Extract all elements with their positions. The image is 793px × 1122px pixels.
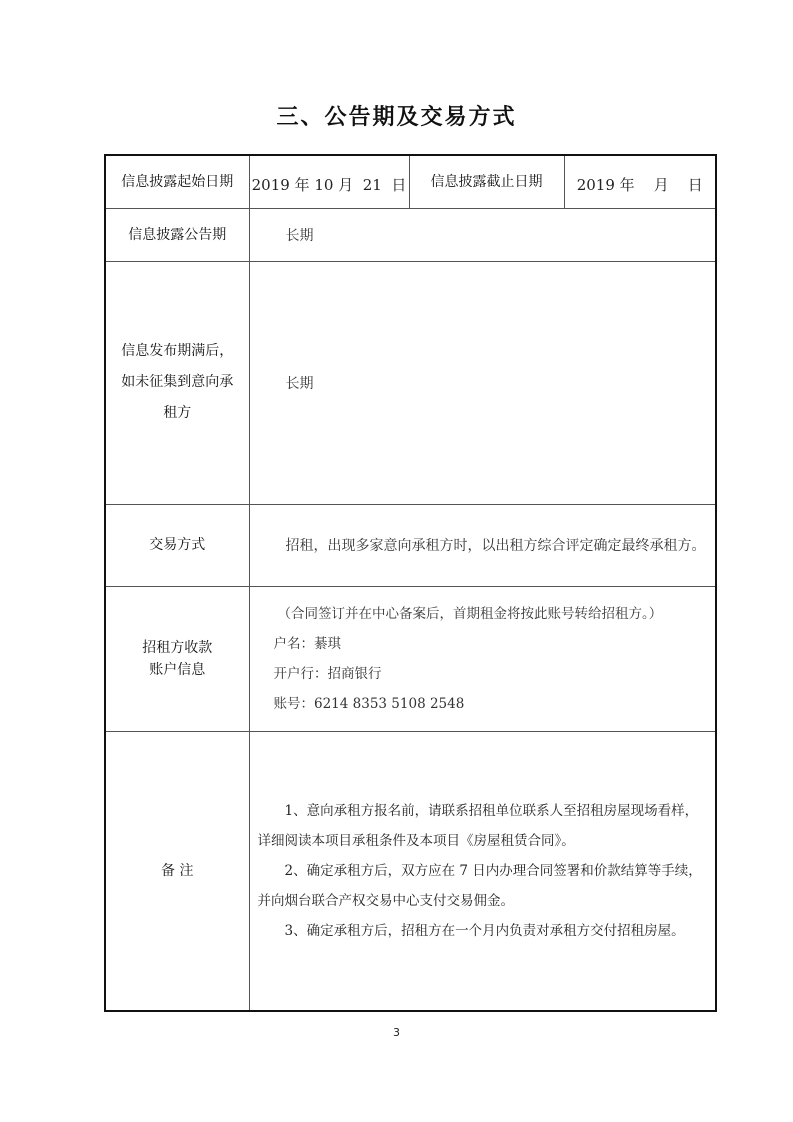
remark-item-2: 2、确定承租方后，双方应在 7 日内办理合同签署和价款结算等手续，并向烟台联合产… xyxy=(250,856,716,916)
page-number: 3 xyxy=(0,1026,793,1039)
account-info-label: 招租方收款 账户信息 xyxy=(105,586,249,731)
row-transaction-method: 交易方式 招租，出现多家意向承租方时，以出租方综合评定确定最终承租方。 xyxy=(105,504,716,586)
account-info-label-line-2: 账户信息 xyxy=(106,659,249,681)
announcement-period-label: 信息披露公告期 xyxy=(105,208,249,261)
transaction-method-label: 交易方式 xyxy=(105,504,249,586)
remarks-value: 1、意向承租方报名前，请联系招租单位联系人至招租房屋现场看样，详细阅读本项目承租… xyxy=(249,731,716,1011)
account-number: 账号：6214 8353 5108 2548 xyxy=(250,689,716,719)
announcement-period-value: 长期 xyxy=(249,208,716,261)
no-lessee-label: 信息发布期满后， 如未征集到意向承 租方 xyxy=(105,261,249,504)
no-lessee-label-line-3: 租方 xyxy=(106,398,249,429)
remarks-label: 备 注 xyxy=(105,731,249,1011)
remark-item-3: 3、确定承租方后，招租方在一个月内负责对承租方交付招租房屋。 xyxy=(250,916,716,946)
account-name: 户名：綦琪 xyxy=(250,629,716,659)
row-no-lessee: 信息发布期满后， 如未征集到意向承 租方 长期 xyxy=(105,261,716,504)
transaction-method-value: 招租，出现多家意向承租方时，以出租方综合评定确定最终承租方。 xyxy=(249,504,716,586)
row-disclosure-dates: 信息披露起始日期 2019 年 10 月 21 日 信息披露截止日期 2019 … xyxy=(105,155,716,208)
row-announcement-period: 信息披露公告期 长期 xyxy=(105,208,716,261)
announcement-table: 信息披露起始日期 2019 年 10 月 21 日 信息披露截止日期 2019 … xyxy=(104,154,717,1012)
disclosure-end-label: 信息披露截止日期 xyxy=(409,155,564,208)
disclosure-start-label: 信息披露起始日期 xyxy=(105,155,249,208)
account-info-label-line-1: 招租方收款 xyxy=(106,637,249,659)
no-lessee-label-line-1: 信息发布期满后， xyxy=(106,336,249,367)
account-bank: 开户行：招商银行 xyxy=(250,659,716,689)
remark-item-1: 1、意向承租方报名前，请联系招租单位联系人至招租房屋现场看样，详细阅读本项目承租… xyxy=(250,796,716,856)
section-title: 三、公告期及交易方式 xyxy=(0,100,793,131)
account-info-value: （合同签订并在中心备案后，首期租金将按此账号转给招租方。） 户名：綦琪 开户行：… xyxy=(249,586,716,731)
row-remarks: 备 注 1、意向承租方报名前，请联系招租单位联系人至招租房屋现场看样，详细阅读本… xyxy=(105,731,716,1011)
row-account-info: 招租方收款 账户信息 （合同签订并在中心备案后，首期租金将按此账号转给招租方。）… xyxy=(105,586,716,731)
no-lessee-value: 长期 xyxy=(249,261,716,504)
disclosure-start-value: 2019 年 10 月 21 日 xyxy=(249,155,409,208)
disclosure-end-value: 2019 年 月 日 xyxy=(564,155,716,208)
account-note: （合同签订并在中心备案后，首期租金将按此账号转给招租方。） xyxy=(250,599,716,629)
no-lessee-label-line-2: 如未征集到意向承 xyxy=(106,367,249,398)
